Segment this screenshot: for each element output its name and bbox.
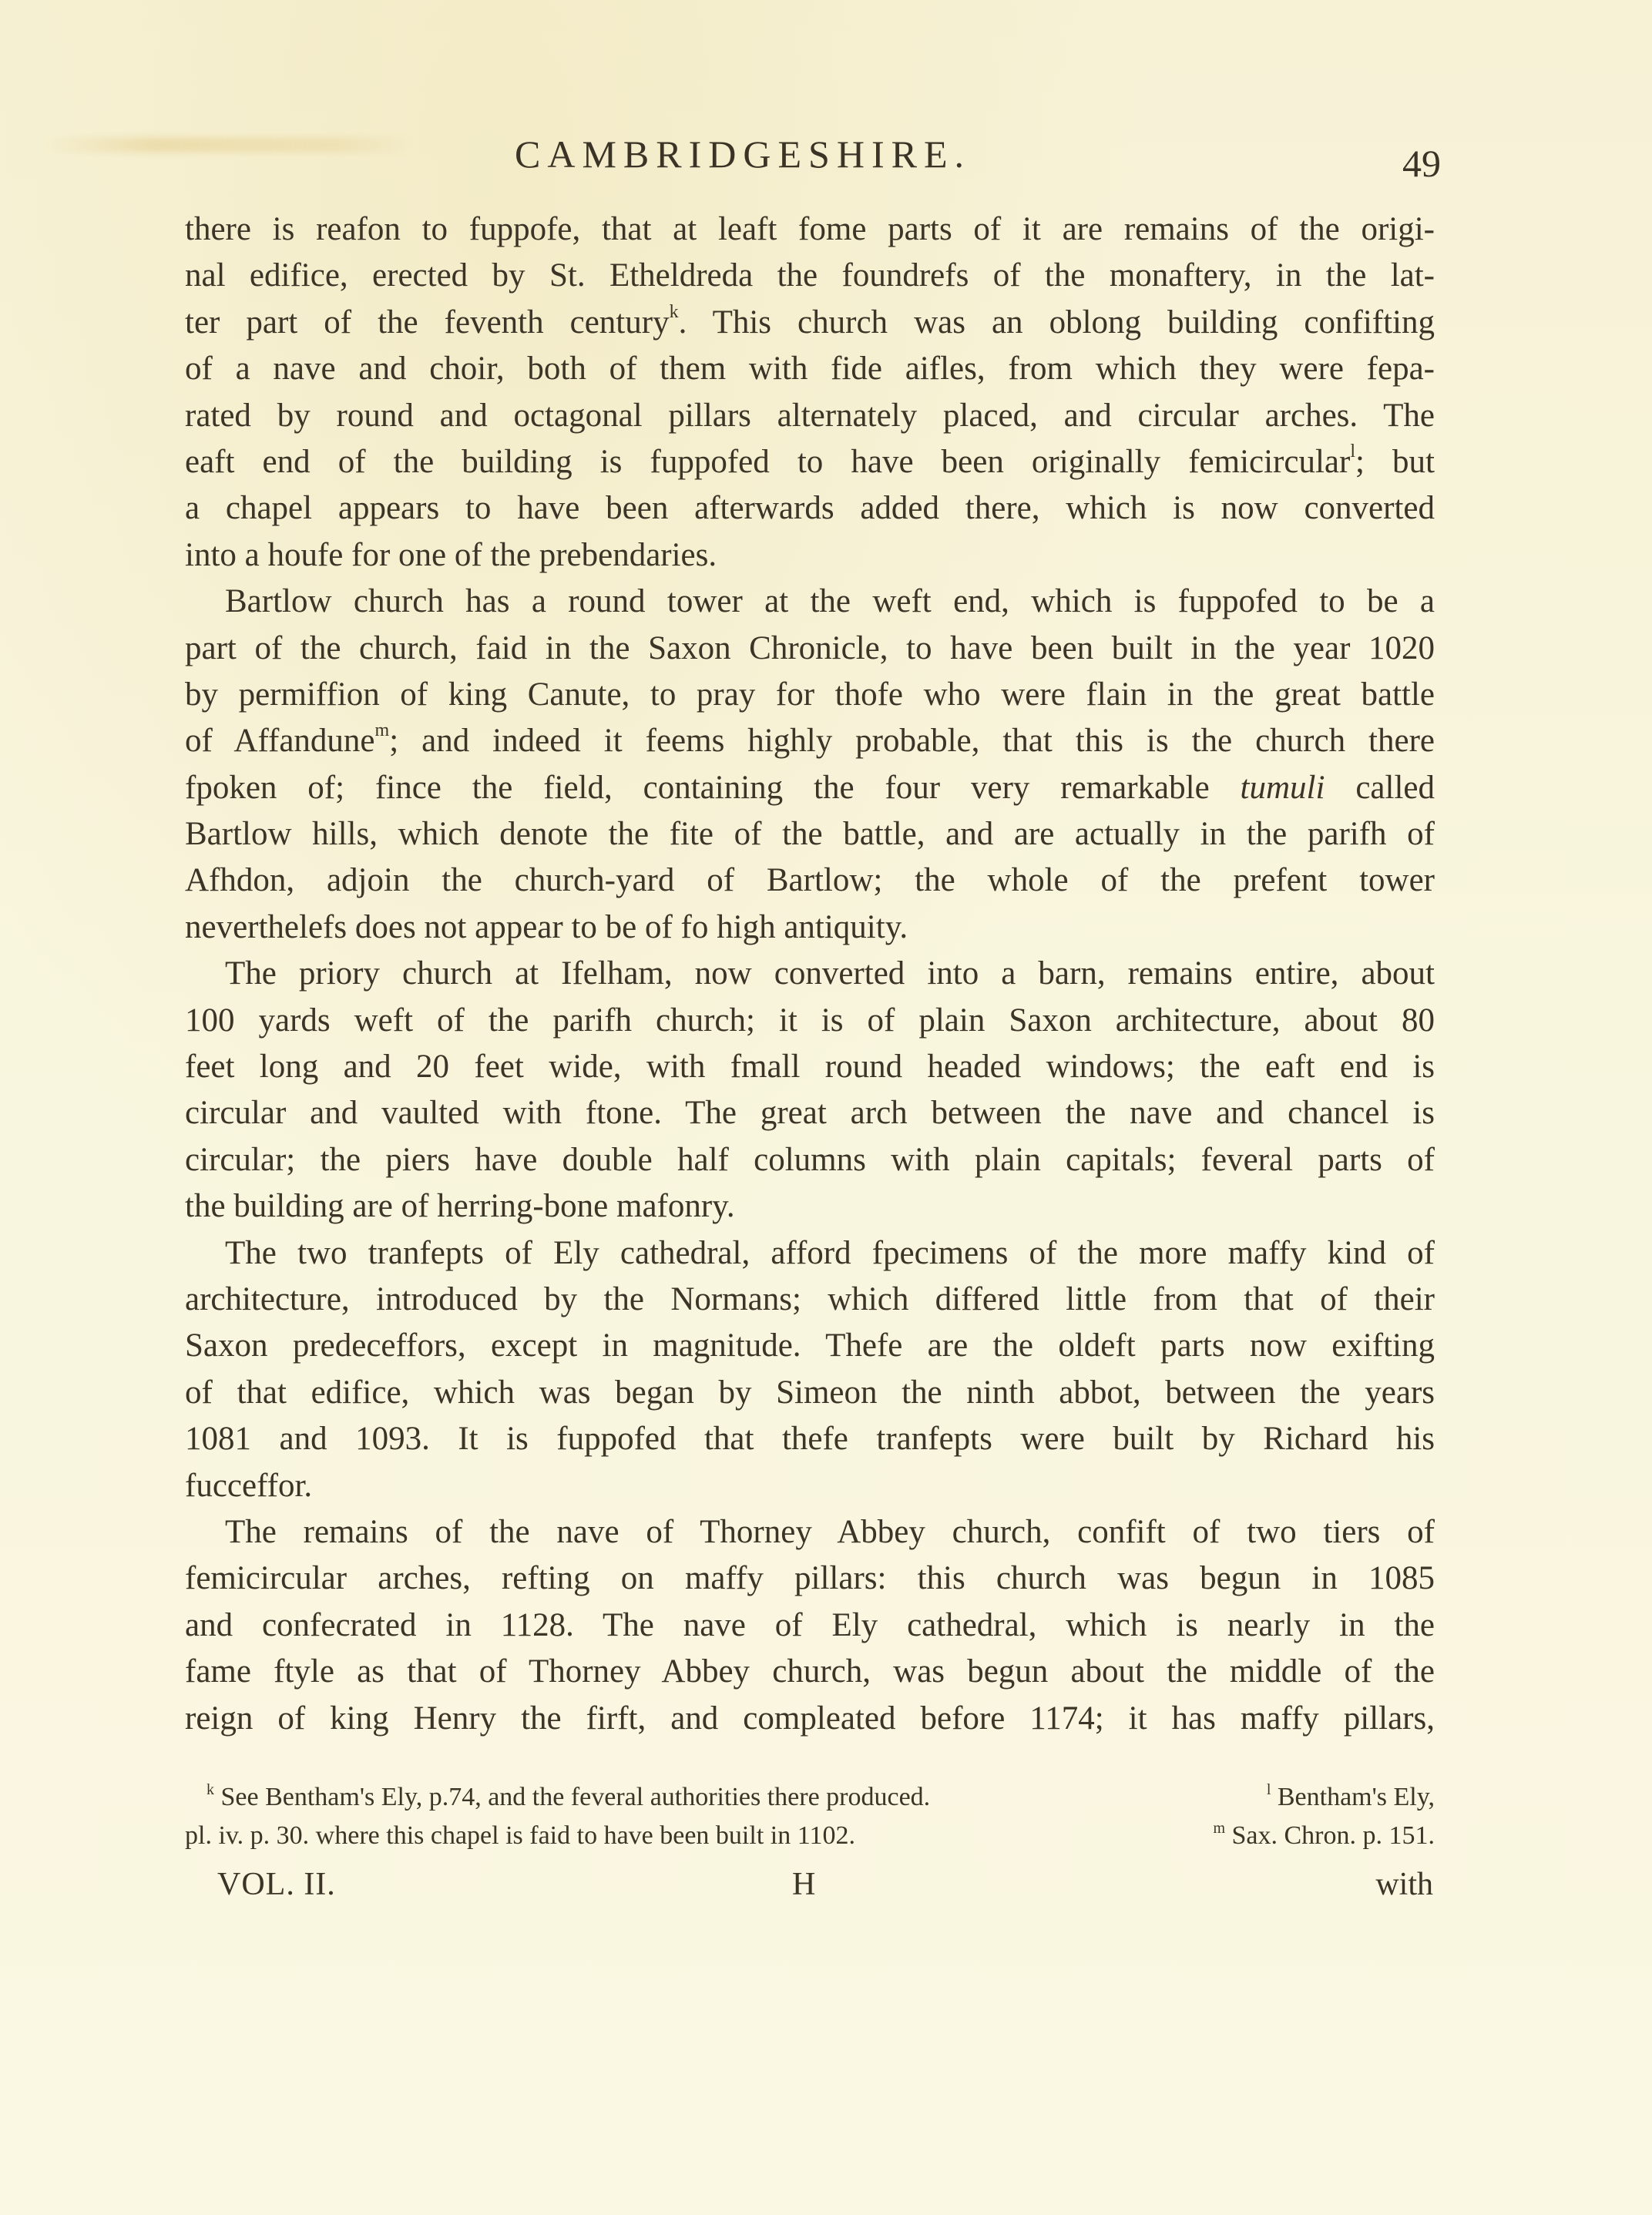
text-line: circular and vaulted with ftone. The gre…	[185, 1090, 1435, 1136]
page-signature-line: VOL. II. H with	[217, 1863, 1433, 1906]
text-line: fpoken of; fince the field, containing t…	[185, 765, 1435, 811]
text-line: of Affandunem; and indeed it feems highl…	[185, 718, 1435, 764]
text-line: there is reafon to fuppofe, that at leaf…	[185, 206, 1435, 253]
text-line: of a nave and choir, both of them with f…	[185, 346, 1435, 392]
text-line: of that edifice, which was began by Sime…	[185, 1370, 1435, 1416]
running-head: CAMBRIDGESHIRE.	[515, 131, 971, 177]
footnote-m: m Sax. Chron. p. 151.	[1213, 1817, 1435, 1855]
volume-label: VOL. II.	[217, 1863, 336, 1906]
text-line: Afhdon, adjoin the church-yard of Bartlo…	[185, 857, 1435, 904]
text-line: into a houfe for one of the prebendaries…	[185, 532, 1435, 579]
text-line: Bartlow hills, which denote the fite of …	[185, 811, 1435, 857]
text-line: the building are of herring-bone mafonry…	[185, 1183, 1435, 1230]
signature-mark: H	[792, 1863, 815, 1906]
text-line: fame ftyle as that of Thorney Abbey chur…	[185, 1649, 1435, 1695]
text-line: Saxon predeceffors, except in magnitude.…	[185, 1323, 1435, 1369]
text-line: eaft end of the building is fuppofed to …	[185, 439, 1435, 485]
text-line: femicircular arches, refting on maffy pi…	[185, 1556, 1435, 1602]
text-line: architecture, introduced by the Normans;…	[185, 1277, 1435, 1323]
catchword: with	[1375, 1863, 1433, 1906]
text-line: neverthelefs does not appear to be of fo…	[185, 904, 1435, 951]
scanned-page: CAMBRIDGESHIRE. 49 there is reafon to fu…	[0, 0, 1652, 2215]
text-line: 1081 and 1093. It is fuppofed that thefe…	[185, 1416, 1435, 1462]
footnote-line-1: k See Bentham's Ely, p.74, and the fever…	[206, 1778, 1435, 1817]
text-line: ter part of the feventh centuryk. This c…	[185, 300, 1435, 346]
footnote-reference[interactable]: k	[670, 302, 679, 322]
footnote-mark: k	[206, 1781, 214, 1798]
text-line: and confecrated in 1128. The nave of Ely…	[185, 1603, 1435, 1649]
body-text: there is reafon to fuppofe, that at leaf…	[185, 206, 1435, 1742]
footnote-k: k See Bentham's Ely, p.74, and the fever…	[206, 1778, 930, 1817]
text-line: fucceffor.	[185, 1463, 1435, 1509]
text-line: nal edifice, erected by St. Etheldreda t…	[185, 253, 1435, 299]
footnote-reference[interactable]: m	[375, 720, 390, 740]
text-line: rated by round and octagonal pillars alt…	[185, 393, 1435, 439]
footnote-mark: m	[1213, 1820, 1225, 1837]
paper-stain	[42, 137, 412, 153]
page-number: 49	[1402, 140, 1441, 186]
text-line: part of the church, faid in the Saxon Ch…	[185, 626, 1435, 672]
footnote-line-2: pl. iv. p. 30. where this chapel is faid…	[185, 1817, 1435, 1855]
footnotes: k See Bentham's Ely, p.74, and the fever…	[206, 1778, 1435, 1855]
text-line: The priory church at Ifelham, now conver…	[185, 951, 1435, 997]
footnote-reference[interactable]: l	[1350, 441, 1355, 461]
footnote-l: l Bentham's Ely,	[1267, 1778, 1435, 1817]
text-line: 100 yards weft of the parifh church; it …	[185, 998, 1435, 1044]
text-line: Bartlow church has a round tower at the …	[185, 579, 1435, 625]
text-line: circular; the piers have double half col…	[185, 1137, 1435, 1183]
footnote-l-continued: pl. iv. p. 30. where this chapel is faid…	[185, 1817, 855, 1855]
text-line: The two tranfepts of Ely cathedral, affo…	[185, 1230, 1435, 1277]
text-line: feet long and 20 feet wide, with fmall r…	[185, 1044, 1435, 1090]
text-line: a chapel appears to have been afterwards…	[185, 485, 1435, 532]
text-line: reign of king Henry the firft, and compl…	[185, 1696, 1435, 1742]
text-line: by permiffion of king Canute, to pray fo…	[185, 672, 1435, 718]
text-line: The remains of the nave of Thorney Abbey…	[185, 1509, 1435, 1556]
footnote-mark: l	[1267, 1781, 1271, 1798]
